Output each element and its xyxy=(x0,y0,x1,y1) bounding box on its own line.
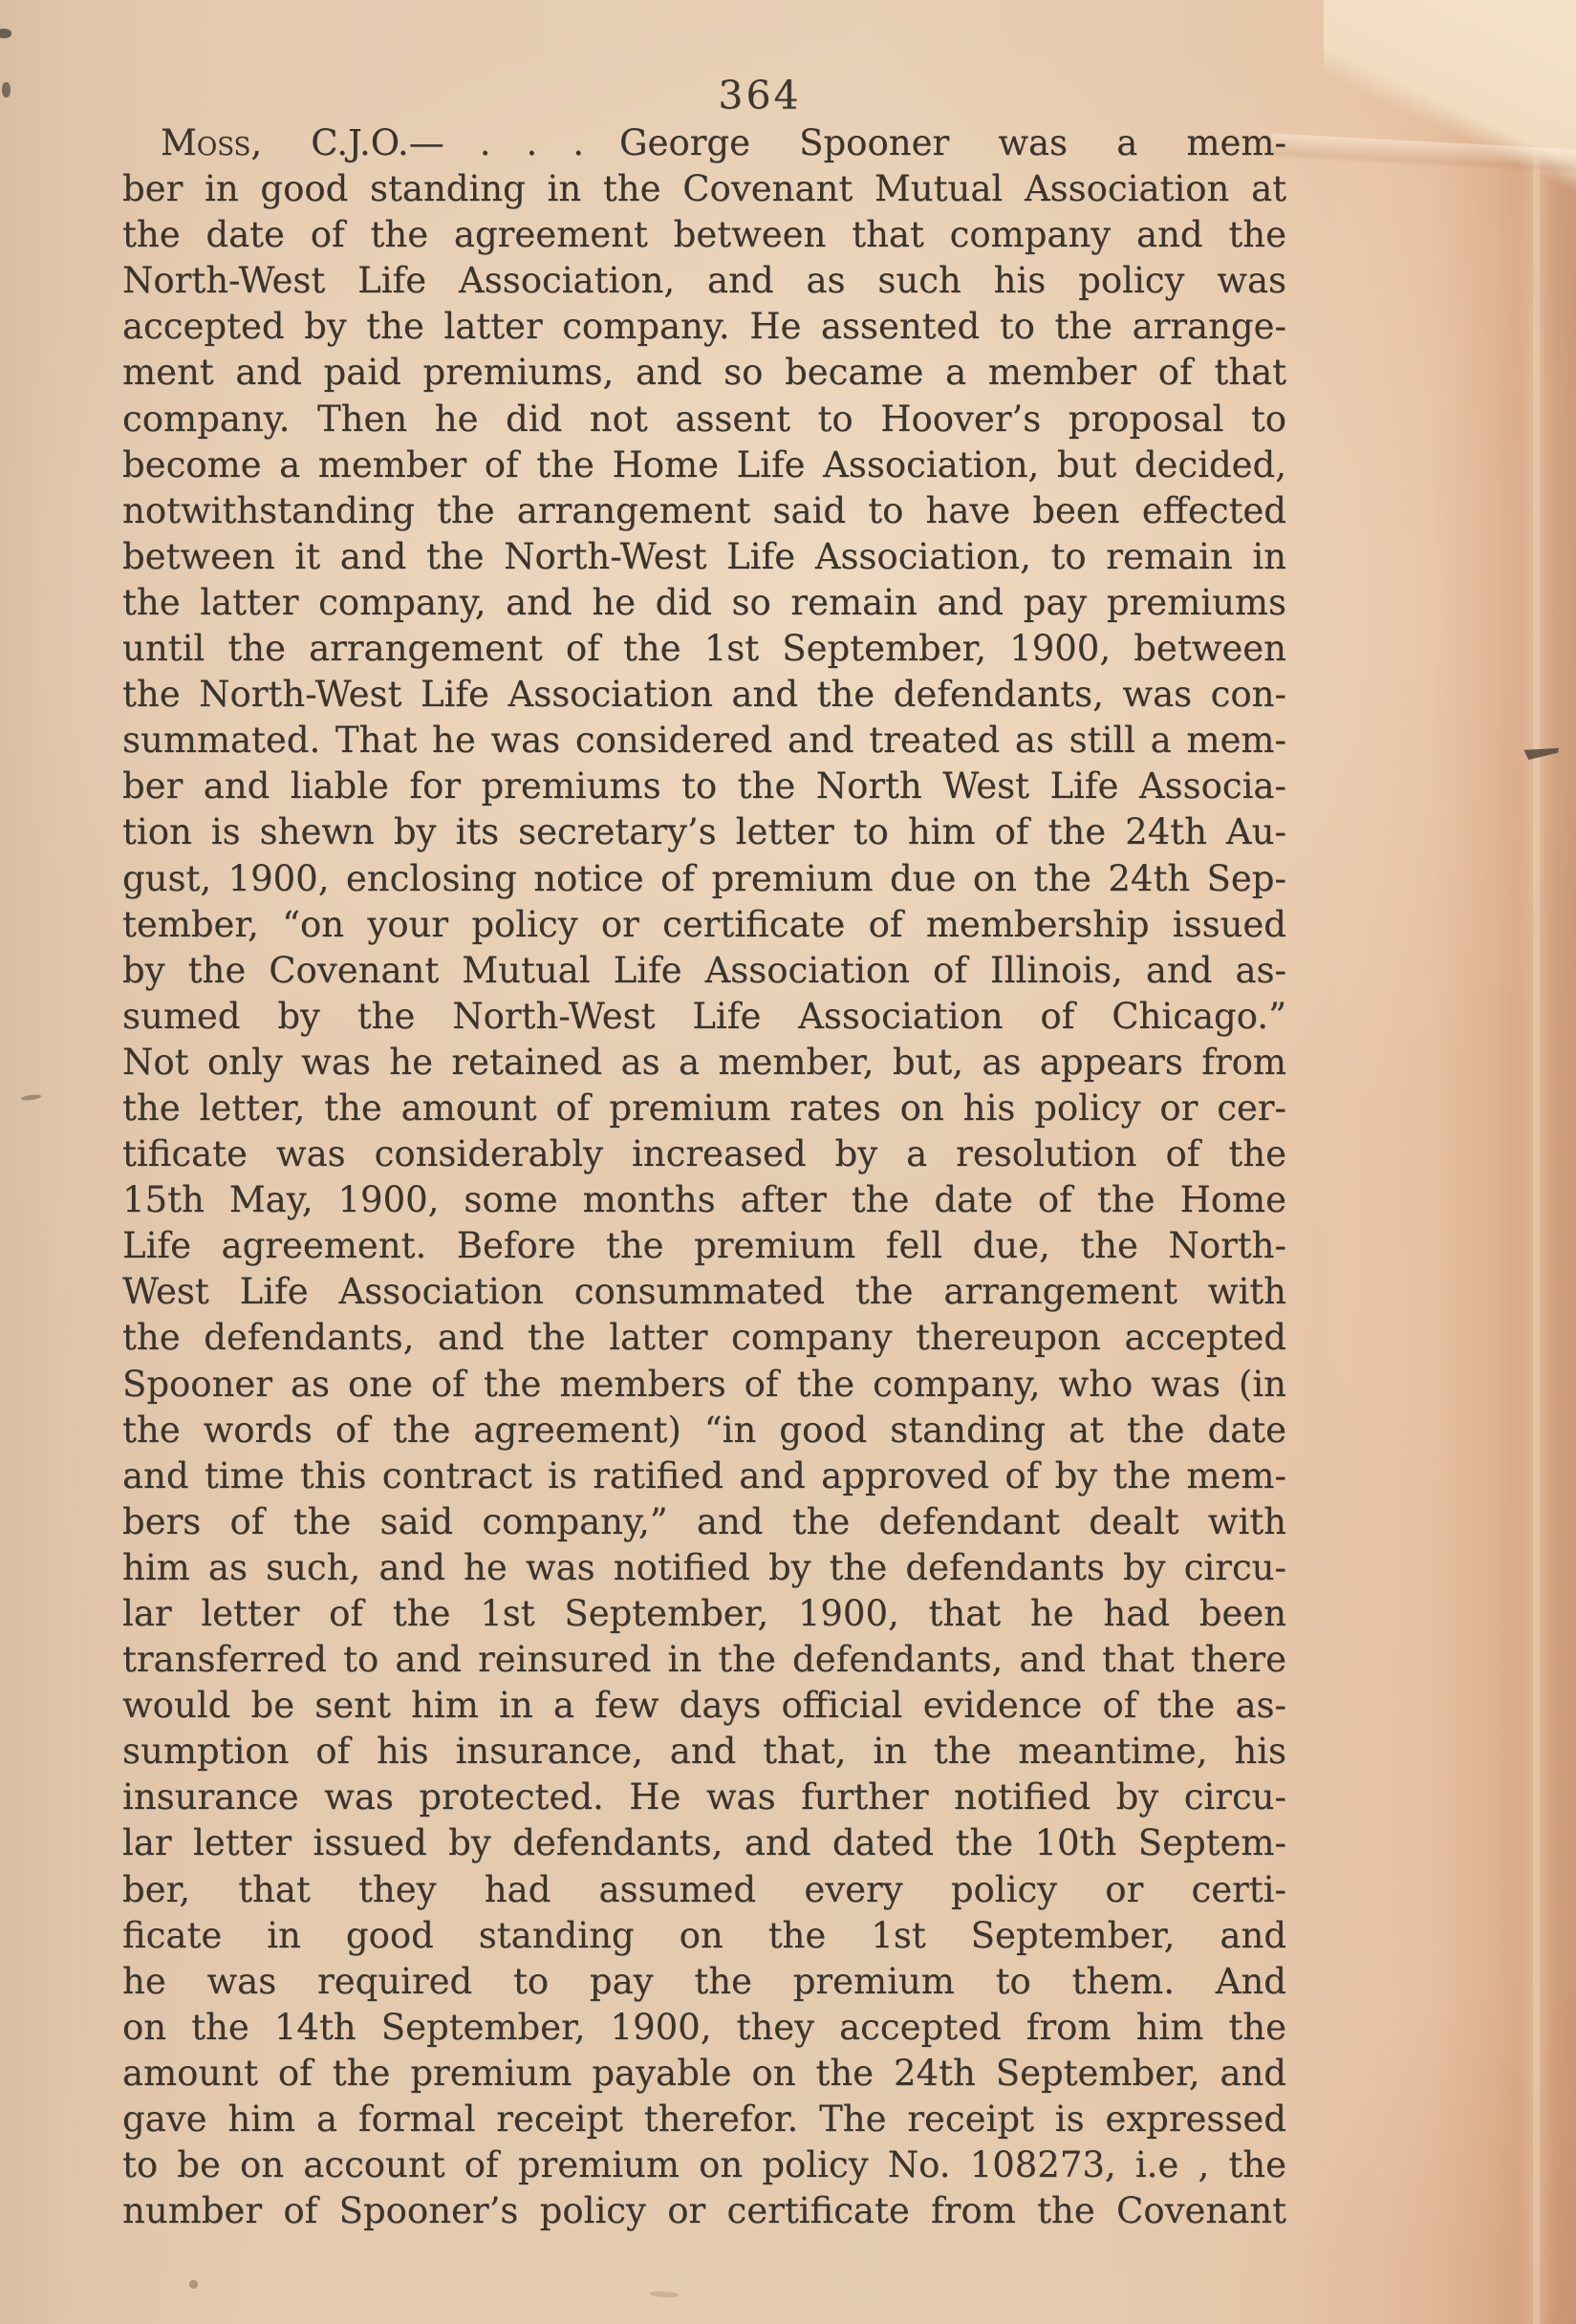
text-line: tember, “on your policy or certificate o… xyxy=(122,902,1286,948)
text-line: ber and liable for premiums to the North… xyxy=(122,764,1286,809)
text-line: bers of the said company,” and the defen… xyxy=(122,1499,1286,1545)
text-line: Moss, C.J.O.— . . . George Spooner was a… xyxy=(122,120,1286,166)
text-line: to be on account of premium on policy No… xyxy=(122,2142,1286,2188)
text-line: accepted by the latter company. He assen… xyxy=(122,304,1286,350)
text-line: Life agreement. Before the premium fell … xyxy=(122,1223,1286,1269)
text-line: ber in good standing in the Covenant Mut… xyxy=(122,166,1286,212)
judge-name: Moss, C.J.O.— xyxy=(161,122,444,163)
text-line: insurance was protected. He was further … xyxy=(122,1775,1286,1820)
text-line: tion is shewn by its secretary’s letter … xyxy=(122,809,1286,855)
text-line: notwithstanding the arrangement said to … xyxy=(122,488,1286,534)
scanned-book-page: { "page": { "number": "364" }, "colors":… xyxy=(0,0,1576,2324)
text-line: North-West Life Association, and as such… xyxy=(122,258,1286,304)
text-line: West Life Association consummated the ar… xyxy=(122,1269,1286,1315)
text-line: ber, that they had assumed every policy … xyxy=(122,1867,1286,1913)
text-line: gust, 1900, enclosing notice of premium … xyxy=(122,856,1286,902)
text-line: become a member of the Home Life Associa… xyxy=(122,442,1286,488)
page-edge-shadow xyxy=(1433,0,1576,2324)
text-line: sumed by the North-West Life Association… xyxy=(122,994,1286,1040)
text-line: between it and the North-West Life Assoc… xyxy=(122,534,1286,580)
text-line: Spooner as one of the members of the com… xyxy=(122,1362,1286,1408)
ink-speck xyxy=(189,2280,198,2289)
page-edge-highlight xyxy=(1533,0,1540,2324)
text-line: the words of the agreement) “in good sta… xyxy=(122,1408,1286,1453)
text-line: he was required to pay the premium to th… xyxy=(122,1959,1286,2005)
text-line: company. Then he did not assent to Hoove… xyxy=(122,397,1286,442)
text-line: the North-West Life Association and the … xyxy=(122,672,1286,718)
text-line: amount of the premium payable on the 24t… xyxy=(122,2051,1286,2097)
text-line: Not only was he retained as a member, bu… xyxy=(122,1040,1286,1086)
page-number: 364 xyxy=(718,73,801,118)
text-line: lar letter issued by defendants, and dat… xyxy=(122,1820,1286,1866)
text-line: the date of the agreement between that c… xyxy=(122,212,1286,258)
text-line: would be sent him in a few days official… xyxy=(122,1683,1286,1729)
body-text: Moss, C.J.O.— . . . George Spooner was a… xyxy=(122,120,1286,2234)
text-line: ment and paid premiums, and so became a … xyxy=(122,350,1286,396)
corner-fold xyxy=(1324,0,1576,225)
text-line: the latter company, and he did so remain… xyxy=(122,580,1286,626)
text-line: transferred to and reinsured in the defe… xyxy=(122,1637,1286,1683)
text-line: until the arrangement of the 1st Septemb… xyxy=(122,626,1286,672)
first-line-rest: . . . George Spooner was a mem- xyxy=(444,122,1286,163)
text-line: on the 14th September, 1900, they accept… xyxy=(122,2005,1286,2051)
text-line: lar letter of the 1st September, 1900, t… xyxy=(122,1591,1286,1637)
text-line: 15th May, 1900, some months after the da… xyxy=(122,1177,1286,1223)
text-line: ficate in good standing on the 1st Septe… xyxy=(122,1913,1286,1959)
text-line: tificate was considerably increased by a… xyxy=(122,1131,1286,1177)
text-line: the letter, the amount of premium rates … xyxy=(122,1086,1286,1131)
text-line: number of Spooner’s policy or certificat… xyxy=(122,2188,1286,2234)
text-line: and time this contract is ratified and a… xyxy=(122,1453,1286,1499)
text-line: by the Covenant Mutual Life Association … xyxy=(122,948,1286,994)
text-line: him as such, and he was notified by the … xyxy=(122,1545,1286,1591)
text-line: the defendants, and the latter company t… xyxy=(122,1315,1286,1361)
text-line: summated. That he was considered and tre… xyxy=(122,718,1286,764)
ink-speck xyxy=(2,82,11,97)
text-line: gave him a formal receipt therefor. The … xyxy=(122,2097,1286,2142)
text-line: sumption of his insurance, and that, in … xyxy=(122,1729,1286,1775)
